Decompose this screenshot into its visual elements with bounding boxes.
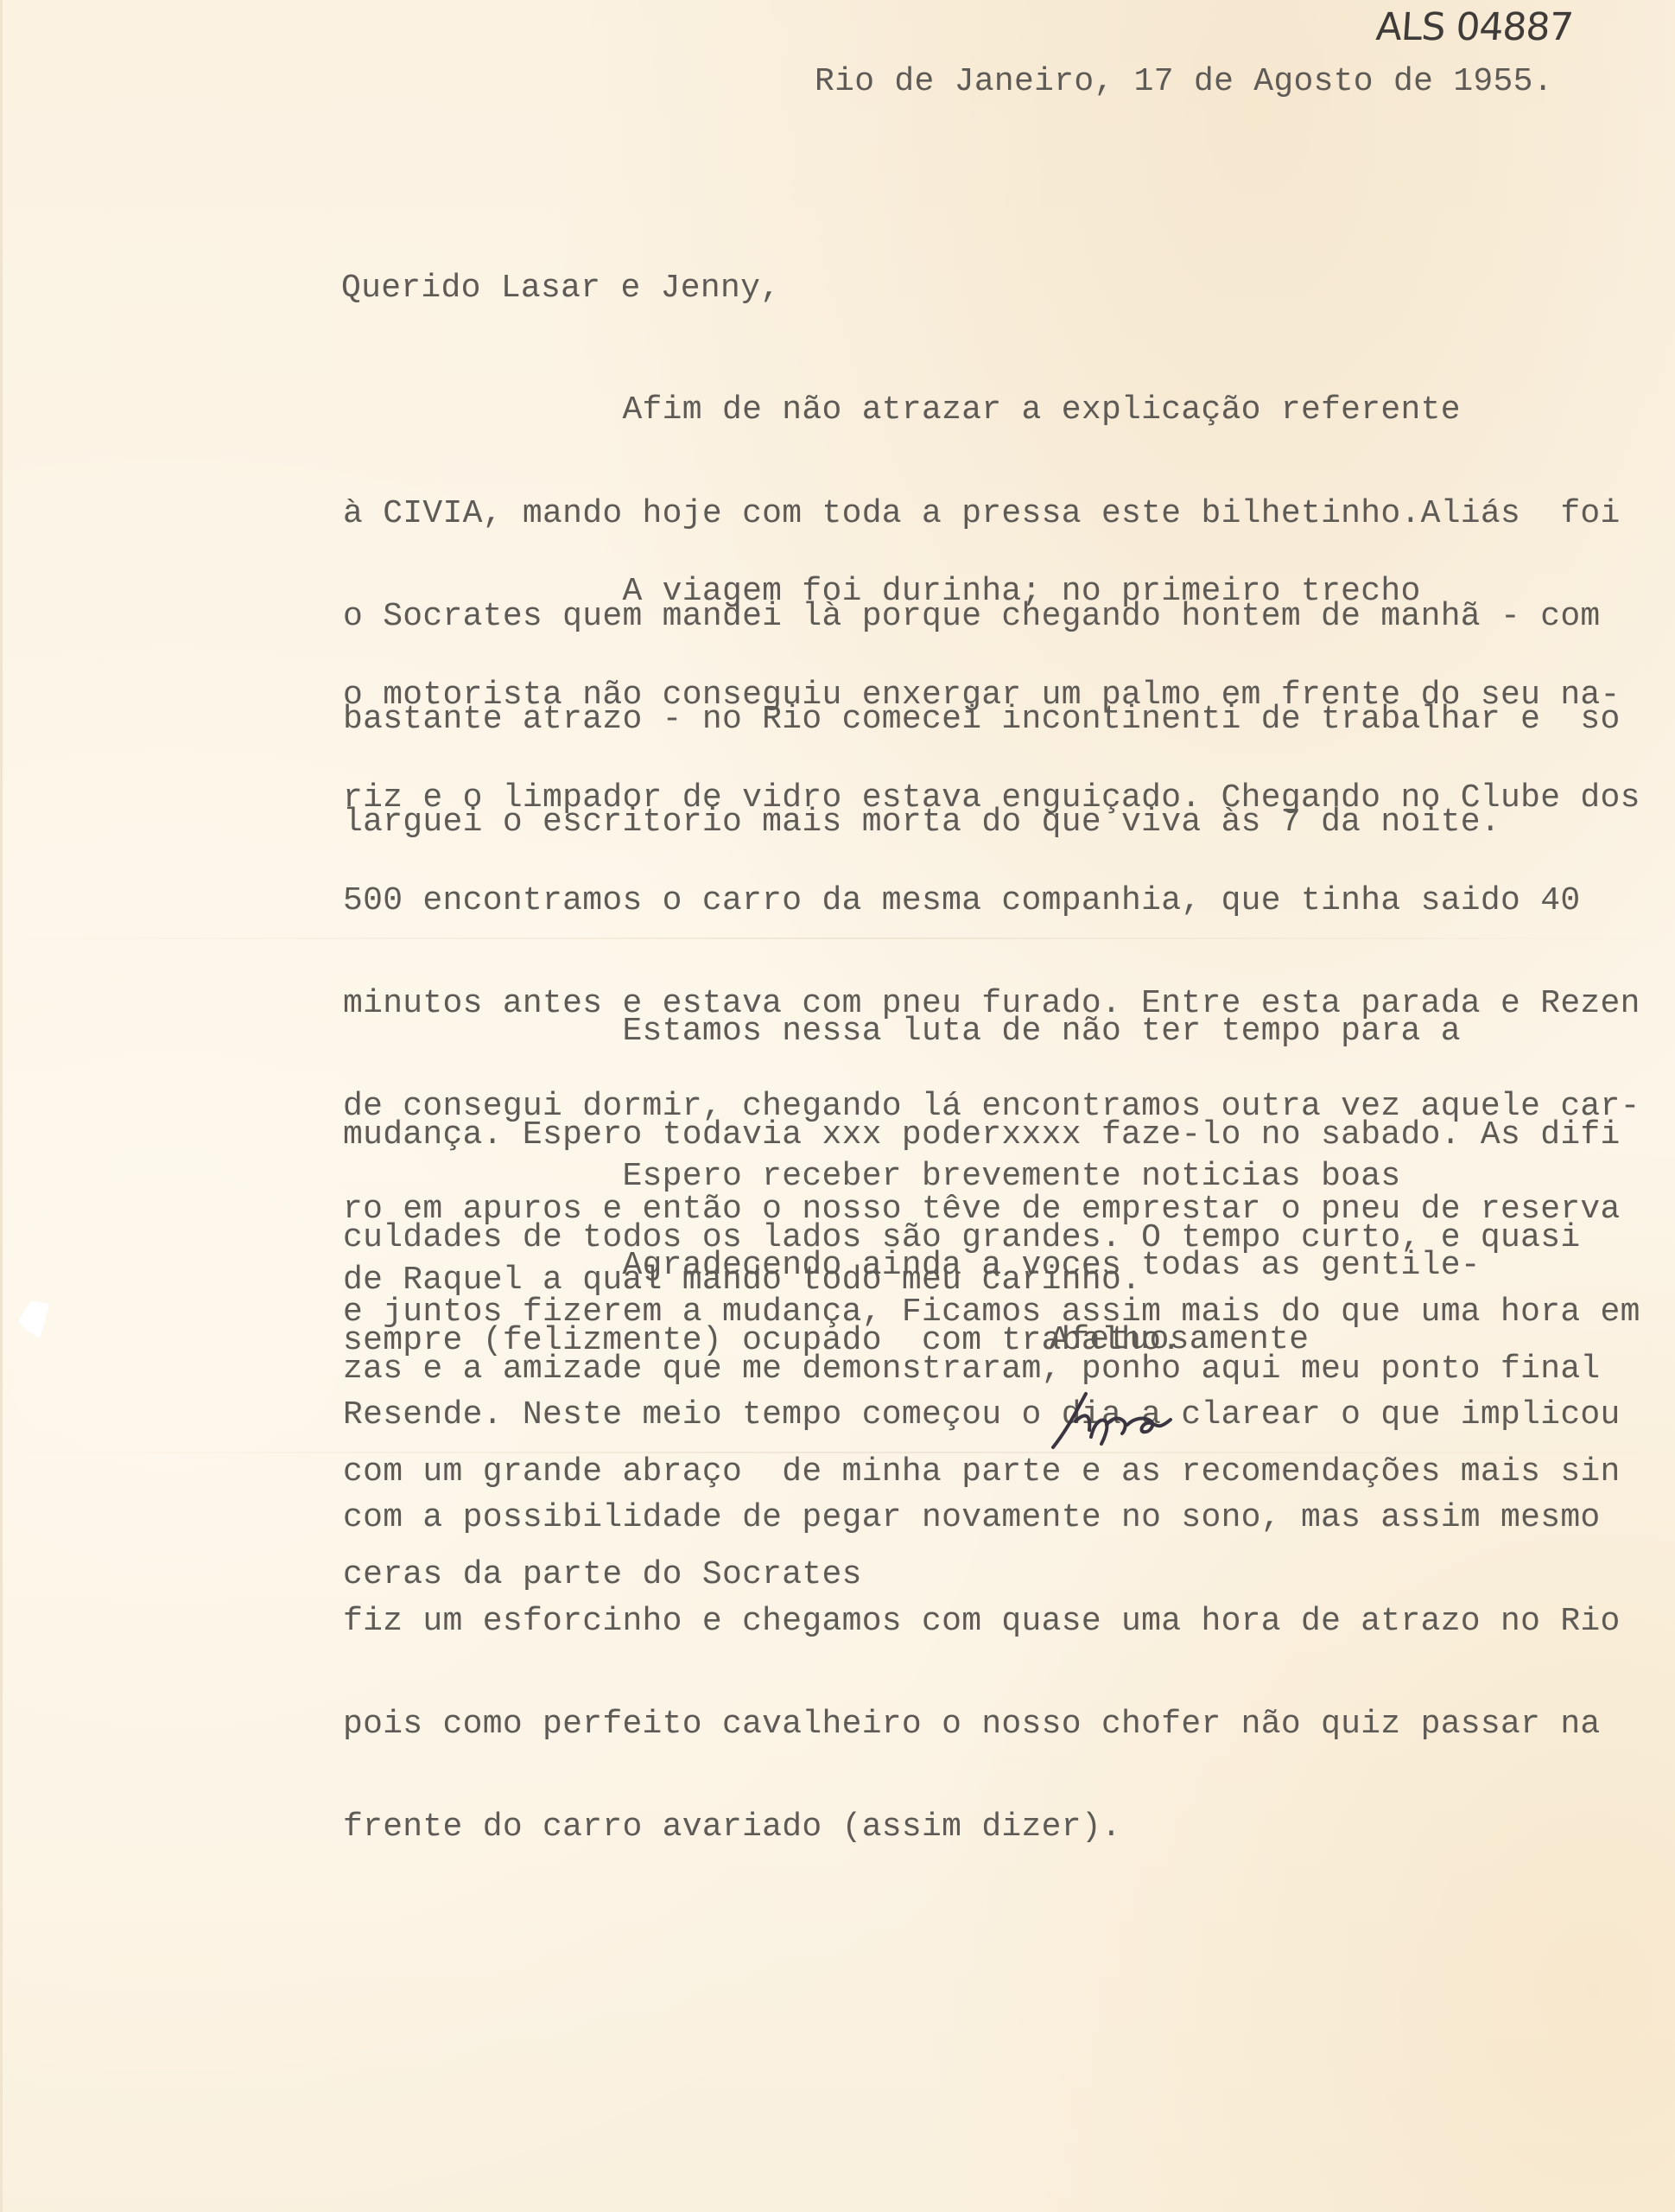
date-line: Rio de Janeiro, 17 de Agosto de 1955. <box>815 65 1553 99</box>
paragraph-5: Agradecendo ainda a voces todas as genti… <box>343 1180 1621 1661</box>
text-line: Afim de não atrazar a explicação referen… <box>343 393 1621 428</box>
text-line: 500 encontramos o carro da mesma companh… <box>343 884 1640 918</box>
archive-id-label: ALS 04887 <box>1374 5 1574 49</box>
closing: Afetuosamente <box>1050 1323 1309 1357</box>
text-line: Agradecendo ainda a voces todas as genti… <box>343 1249 1621 1283</box>
text-line: frente do carro avariado (assim dizer). <box>343 1810 1640 1845</box>
text-line: zas e a amizade que me demonstraram, pon… <box>343 1352 1621 1387</box>
text-line: Estamos nessa luta de não ter tempo para… <box>343 1014 1621 1049</box>
text-line: ceras da parte do Socrates <box>343 1558 1621 1592</box>
text-line: com um grande abraço de minha parte e as… <box>343 1455 1621 1490</box>
text-line: o motorista não conseguiu enxergar um pa… <box>343 678 1640 713</box>
text-line: A viagem foi durinha; no primeiro trecho <box>343 575 1640 609</box>
salutation: Querido Lasar e Jenny, <box>341 271 780 306</box>
handwritten-signature <box>1050 1387 1205 1456</box>
text-line: pois como perfeito cavalheiro o nosso ch… <box>343 1707 1640 1742</box>
paper-tear <box>18 1300 49 1338</box>
letter-page: ALS 04887 Rio de Janeiro, 17 de Agosto d… <box>0 0 1675 2212</box>
text-line: riz e o limpador de vidro estava enguiça… <box>343 781 1640 816</box>
